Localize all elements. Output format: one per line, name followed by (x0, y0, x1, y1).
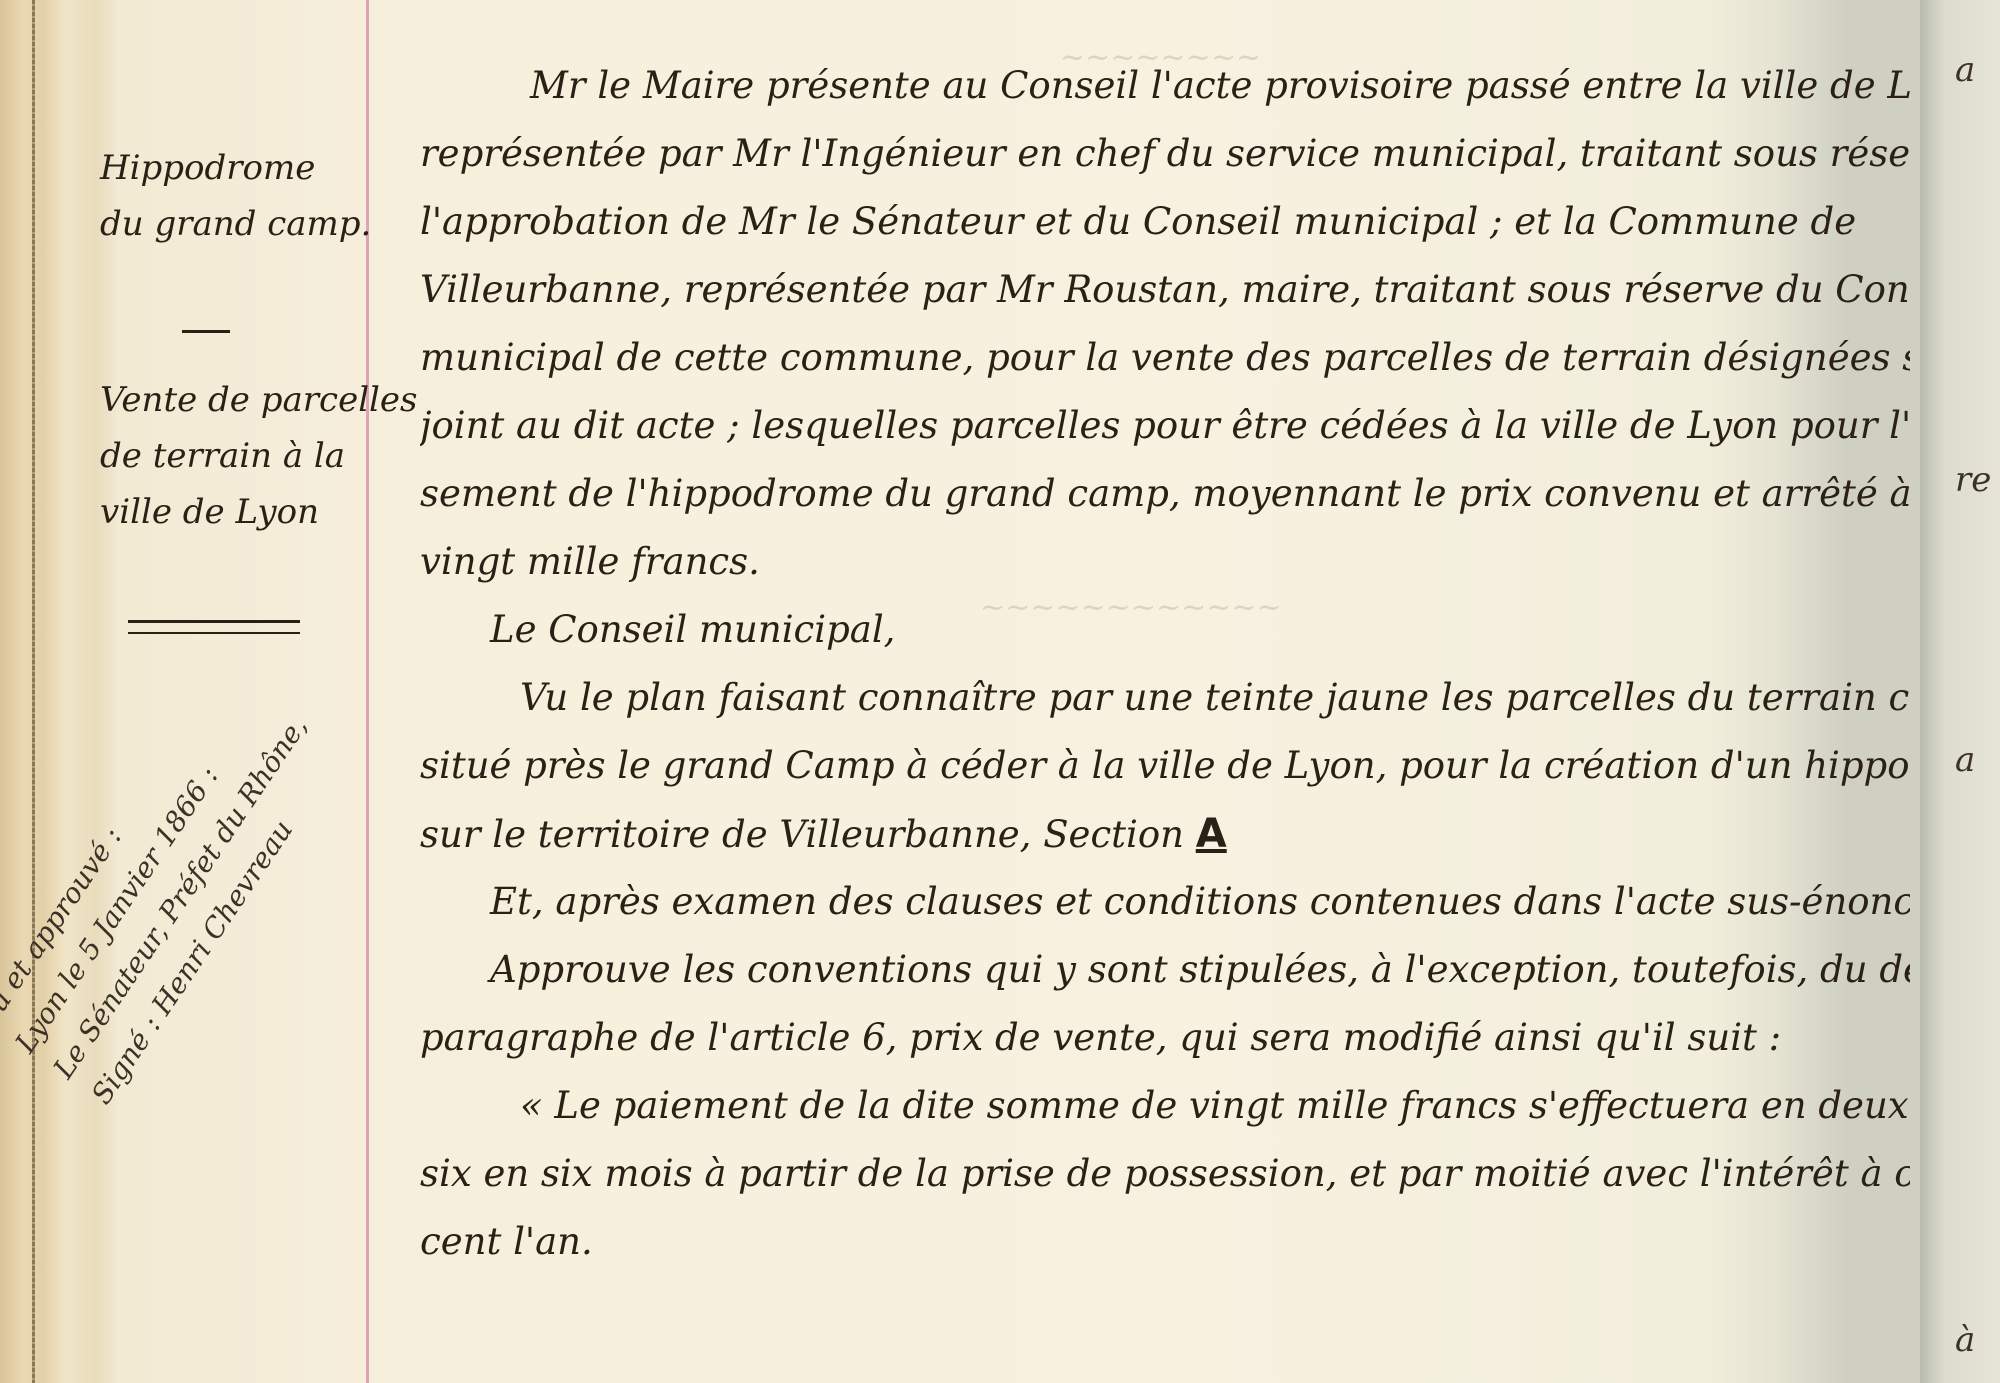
adjacent-page-edge (1920, 0, 2000, 1383)
margin-heading: Hippodrome du grand camp. (100, 140, 350, 252)
body-line: joint au dit acte ; lesquelles parcelles… (420, 392, 1910, 460)
council-heading: Le Conseil municipal, (420, 596, 1910, 664)
body-line: Mr le Maire présente au Conseil l'acte p… (420, 52, 1910, 120)
margin-double-rule (128, 620, 300, 634)
margin-heading-line: du grand camp. (100, 196, 350, 252)
adjacent-page-fragment: a (1955, 50, 1975, 90)
margin-subject-line: de terrain à la (100, 428, 350, 484)
body-line: Et, après examen des clauses et conditio… (420, 868, 1910, 936)
body-line: municipal de cette commune, pour la vent… (420, 324, 1910, 392)
adjacent-page-fragment: re (1955, 460, 1991, 500)
section-letter: A (1196, 811, 1227, 857)
quoted-clause-line: six en six mois à partir de la prise de … (420, 1140, 1910, 1208)
body-line: sement de l'hippodrome du grand camp, mo… (420, 460, 1910, 528)
margin-subject-line: ville de Lyon (100, 484, 350, 540)
body-line: situé près le grand Camp à céder à la vi… (420, 732, 1910, 800)
adjacent-page-fragment: à (1955, 1320, 1975, 1360)
body-line: paragraphe de l'article 6, prix de vente… (420, 1004, 1910, 1072)
body-line: représentée par Mr l'Ingénieur en chef d… (420, 120, 1910, 188)
body-line: Approuve les conventions qui y sont stip… (420, 936, 1910, 1004)
adjacent-page-fragment: a (1955, 740, 1975, 780)
body-line: sur le territoire de Villeurbanne, Secti… (420, 800, 1910, 868)
body-line-text: sur le territoire de Villeurbanne, Secti… (420, 813, 1184, 856)
margin-separator (182, 330, 230, 333)
binding-stitch-line (32, 0, 35, 1383)
margin-heading-line: Hippodrome (100, 140, 350, 196)
body-line: l'approbation de Mr le Sénateur et du Co… (420, 188, 1910, 256)
margin-subject: Vente de parcelles de terrain à la ville… (100, 372, 350, 540)
quoted-clause-line: cent l'an. (420, 1208, 1910, 1276)
body-line: vingt mille francs. (420, 528, 1910, 596)
body-line: Vu le plan faisant connaître par une tei… (420, 664, 1910, 732)
quoted-clause-line: « Le paiement de la dite somme de vingt … (420, 1072, 1910, 1140)
margin-subject-line: Vente de parcelles (100, 372, 350, 428)
body-text: Mr le Maire présente au Conseil l'acte p… (420, 52, 1910, 1276)
body-line: Villeurbanne, représentée par Mr Roustan… (420, 256, 1910, 324)
